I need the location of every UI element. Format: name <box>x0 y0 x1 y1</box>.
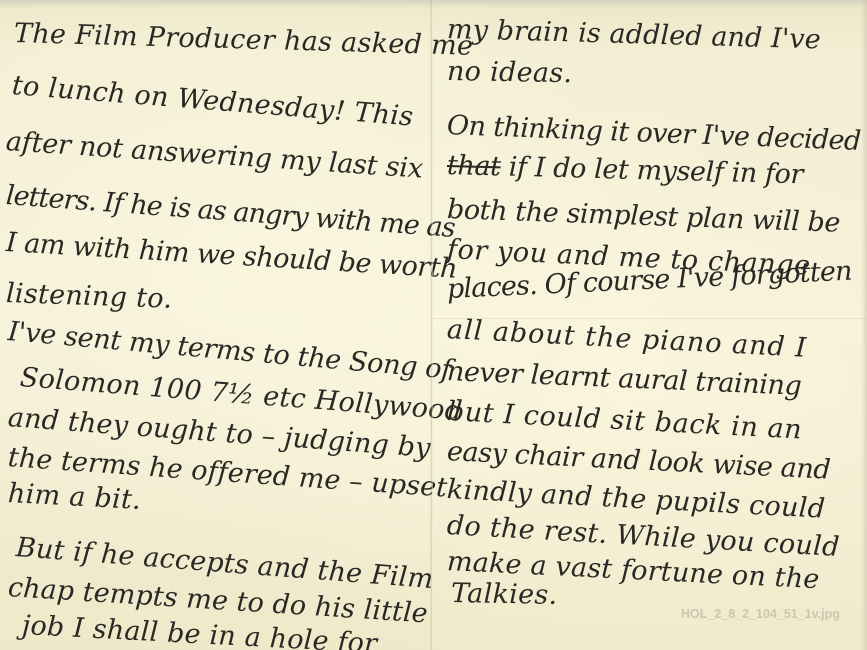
handwritten-line: but I could sit back in an <box>446 398 803 444</box>
image-filename-watermark: HOL_2_8_2_104_51_1v.jpg <box>681 606 861 622</box>
handwritten-line: both the simplest plan will be <box>447 196 841 237</box>
handwritten-line: him a bit. <box>7 480 141 514</box>
handwritten-line: to lunch on Wednesday! This <box>11 72 414 130</box>
scan-edge-right <box>861 0 867 650</box>
struck-word: that <box>447 150 501 182</box>
handwritten-line: all about the piano and I <box>446 316 807 362</box>
letter-page-right: my brain is addled and I've no ideas. On… <box>433 0 867 650</box>
handwritten-line: after not answering my last six <box>5 128 424 183</box>
handwritten-line: The Film Producer has asked me <box>14 20 474 60</box>
handwritten-line: no ideas. <box>447 58 573 87</box>
handwritten-line: my brain is addled and I've <box>447 16 822 53</box>
handwritten-line: listening to. <box>6 280 173 313</box>
letter-scan: The Film Producer has asked me to lunch … <box>0 0 867 650</box>
handwritten-line: On thinking it over I've decided <box>446 112 861 155</box>
handwritten-line: never learnt aural training <box>446 358 801 400</box>
line-remainder: if I do let myself in for <box>500 151 803 190</box>
handwritten-line: Talkies. <box>451 580 558 609</box>
letter-page-left: The Film Producer has asked me to lunch … <box>0 0 430 650</box>
handwritten-line-with-strikethrough: that if I do let myself in for <box>447 152 804 188</box>
